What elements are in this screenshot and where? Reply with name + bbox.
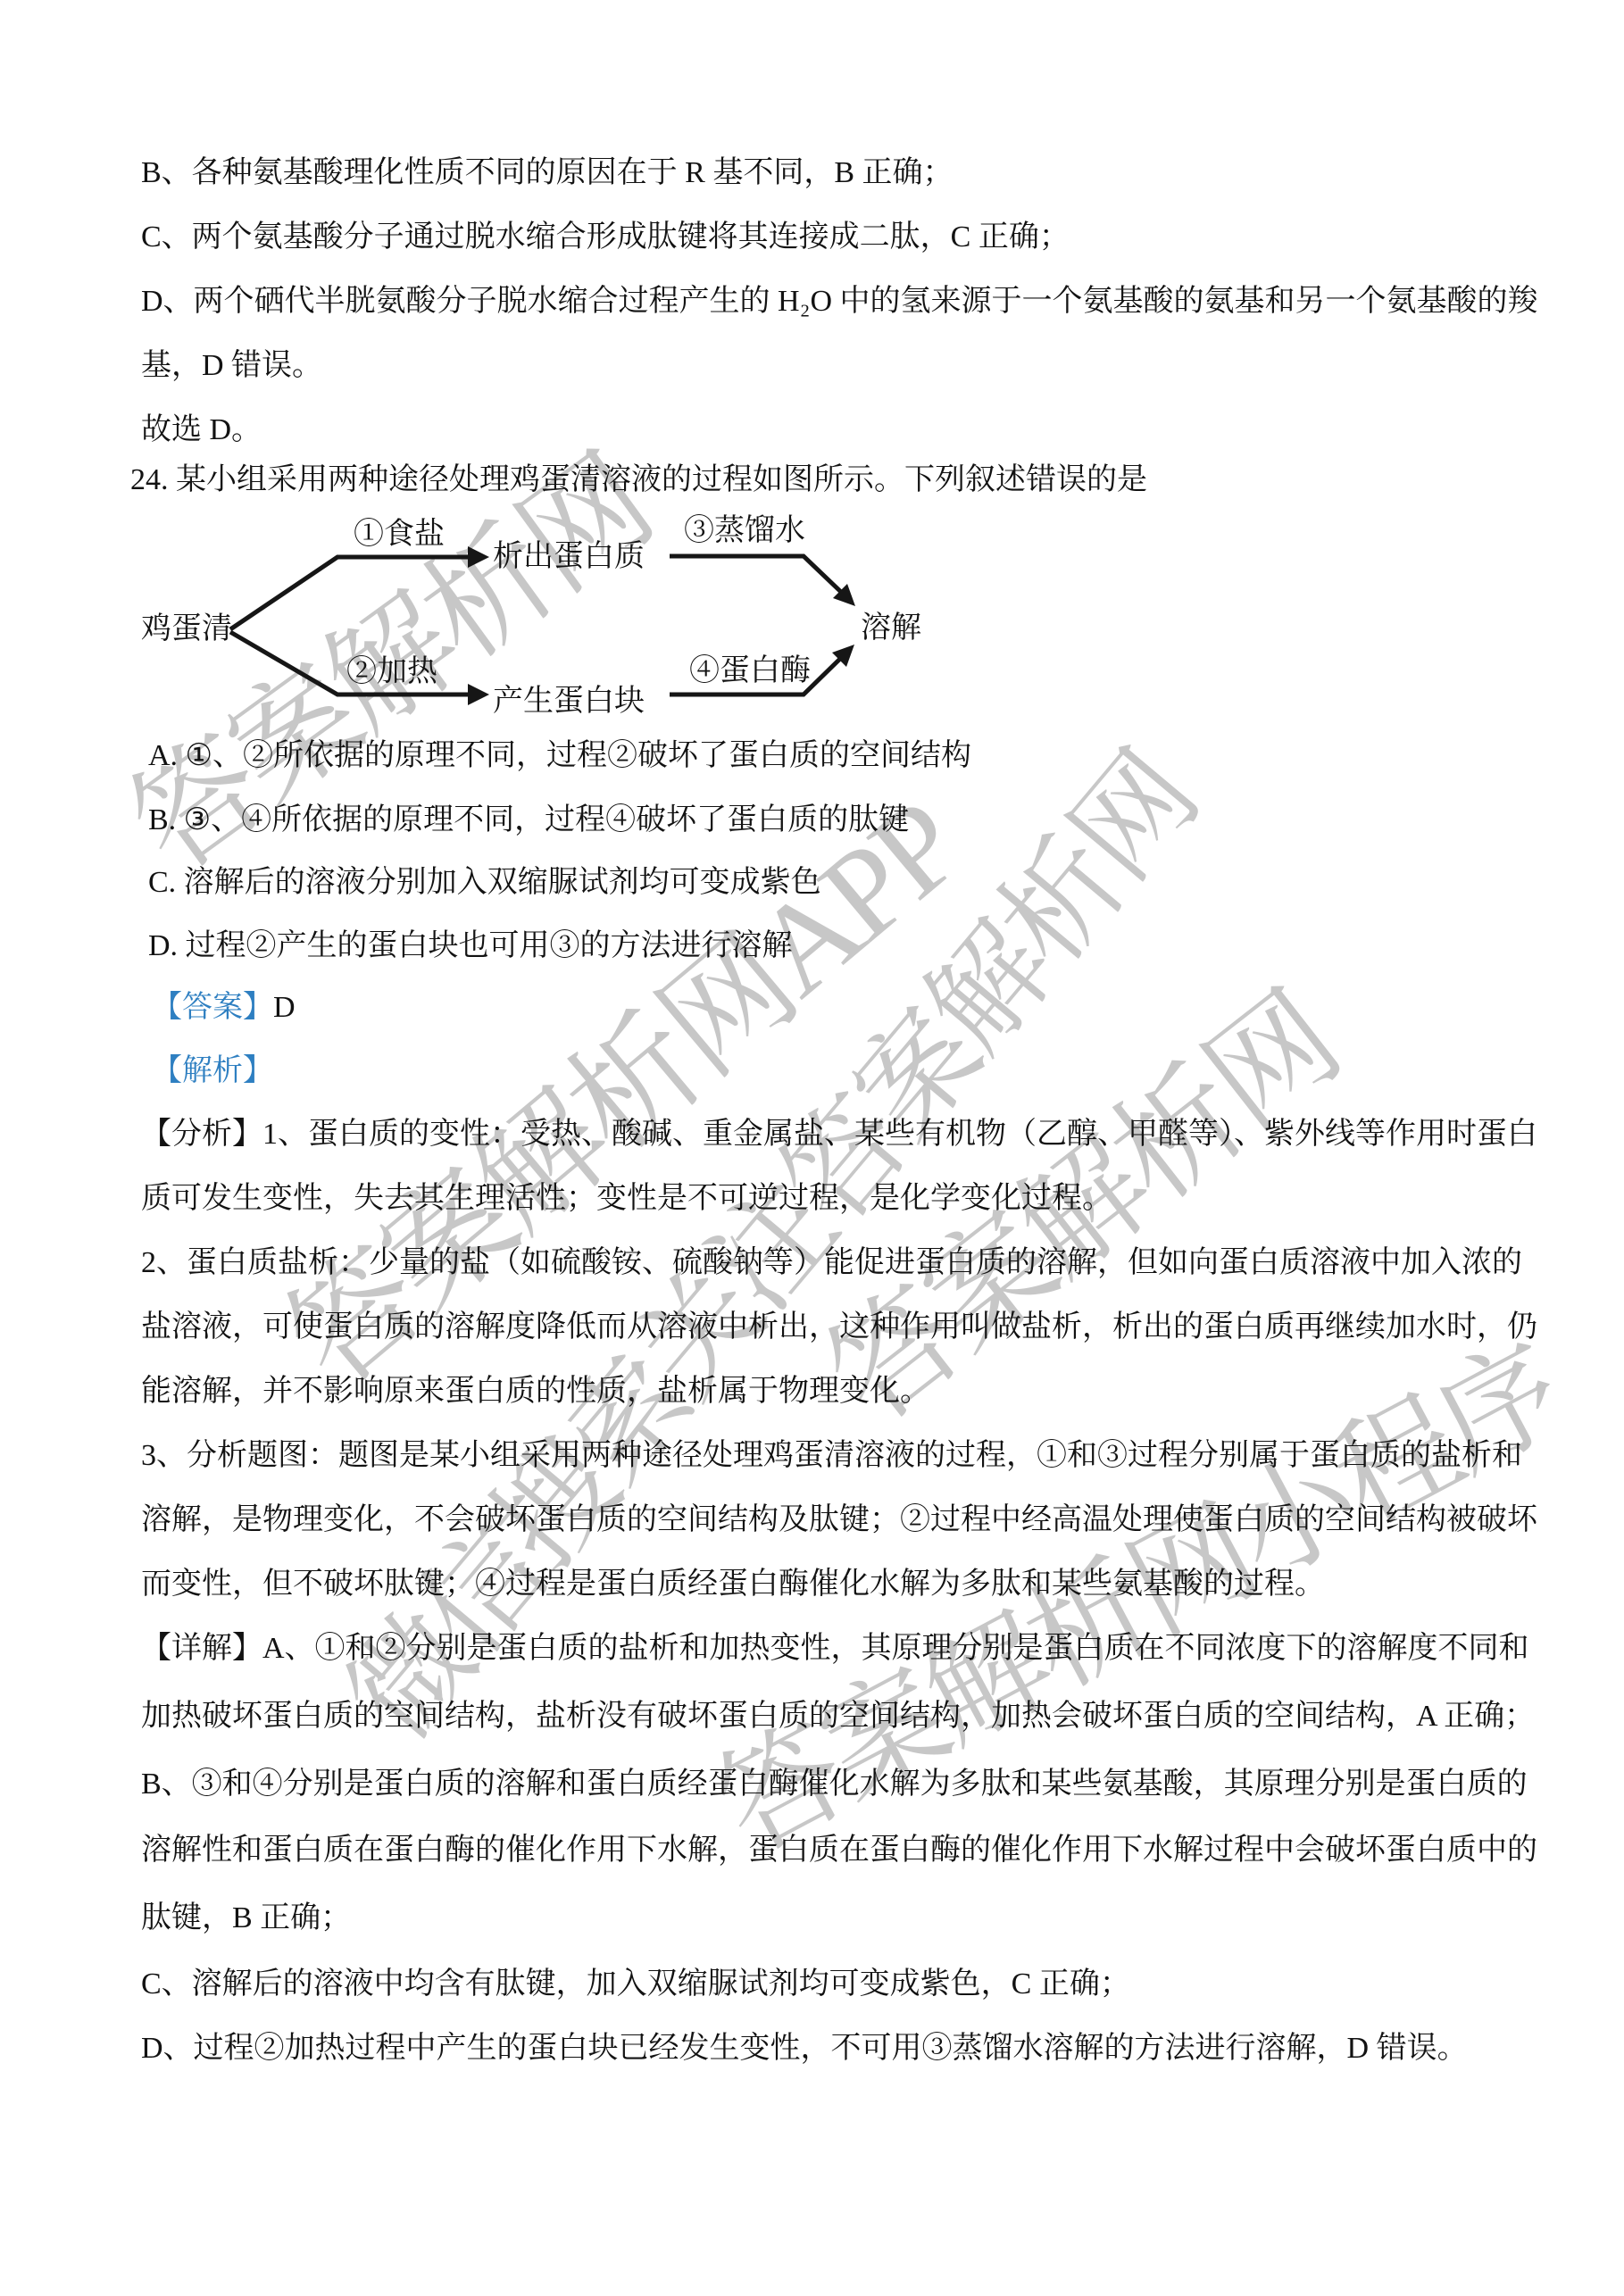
diagram-label-step1-salt: ①食盐 xyxy=(354,517,445,551)
diagram-arrow-to-dissolve-upper xyxy=(670,556,843,594)
text-line-option-c-explanation: C、两个氨基酸分子通过脱水缩合形成肽键将其连接成二肽，C 正确； xyxy=(141,217,1070,258)
diagram-node-protein-clot: 产生蛋白块 xyxy=(493,684,645,718)
detail-line: C、溶解后的溶液中均含有肽键，加入双缩脲试剂均可变成紫色，C 正确； xyxy=(141,1964,1130,2005)
answer-value: D xyxy=(273,991,296,1024)
detail-line: 【详解】A、①和②分别是蛋白质的盐析和加热变性，其原理分别是蛋白质在不同浓度下的… xyxy=(141,1628,1529,1669)
text-line-option-d-explanation-cont: 基，D 错误。 xyxy=(141,345,322,387)
diagram-node-precipitated-protein: 析出蛋白质 xyxy=(493,539,645,573)
answer-line: 【答案】D xyxy=(152,987,296,1028)
detail-line: 肽键，B 正确； xyxy=(141,1898,351,1939)
diagram-label-step2-heat: ②加热 xyxy=(346,654,438,688)
detail-line: B、③和④分别是蛋白质的溶解和蛋白质经蛋白酶催化水解为多肽和某些氨基酸，其原理分… xyxy=(141,1764,1528,1805)
text-line-final-choice: 故选 D。 xyxy=(141,410,262,451)
diagram-node-egg-white: 鸡蛋清 xyxy=(141,611,232,645)
text-line-option-b-explanation: B、各种氨基酸理化性质不同的原因在于 R 基不同，B 正确； xyxy=(141,153,954,194)
analysis-line: 3、分析题图：题图是某小组采用两种途径处理鸡蛋清溶液的过程，①和③过程分别属于蛋… xyxy=(141,1435,1522,1477)
analysis-line: 2、蛋白质盐析：少量的盐（如硫酸铵、硫酸钠等）能促进蛋白质的溶解，但如向蛋白质溶… xyxy=(141,1243,1522,1284)
text-line-option-d-explanation: D、两个硒代半胱氨酸分子脱水缩合过程产生的 H₂O 中的氢来源于一个氨基酸的氨基… xyxy=(141,281,1538,322)
option-b: B. ③、④所依据的原理不同，过程④破坏了蛋白质的肽键 xyxy=(148,800,909,841)
analysis-line: 而变性，但不破坏肽键；④过程是蛋白质经蛋白酶催化水解为多肽和某些氨基酸的过程。 xyxy=(141,1564,1325,1605)
diagram-arrow-branch-up xyxy=(230,557,471,629)
analysis-line: 能溶解，并不影响原来蛋白质的性质，盐析属于物理变化。 xyxy=(141,1371,930,1412)
answer-label: 【答案】 xyxy=(152,991,273,1024)
diagram-label-step3-distilled-water: ③蒸馏水 xyxy=(684,513,805,547)
flow-diagram: 鸡蛋清 ①食盐 ②加热 析出蛋白质 产生蛋白块 ③蒸馏水 ④蛋白酶 溶解 xyxy=(116,495,964,745)
analysis-line: 【分析】1、蛋白质的变性：受热、酸碱、重金属盐、某些有机物（乙醇、甲醛等）、紫外… xyxy=(141,1114,1537,1155)
explanation-label: 【解析】 xyxy=(152,1054,273,1087)
option-c: C. 溶解后的溶液分别加入双缩脲试剂均可变成紫色 xyxy=(148,862,821,903)
arrowhead-icon xyxy=(468,684,489,705)
detail-line: 加热破坏蛋白质的空间结构，盐析没有破坏蛋白质的空间结构，加热会破坏蛋白质的空间结… xyxy=(141,1696,1535,1737)
analysis-line: 溶解，是物理变化，不会破坏蛋白质的空间结构及肽键；②过程中经高温处理使蛋白质的空… xyxy=(141,1500,1537,1541)
analysis-line: 质可发生变性，失去其生理活性；变性是不可逆过程，是化学变化过程。 xyxy=(141,1178,1112,1219)
document-page: 答案解析网 答案解析网APP 答案解析网 微信搜索关注答案解析网 答案解析网小程… xyxy=(0,0,1624,2296)
analysis-line: 盐溶液，可使蛋白质的溶解度降低而从溶液中析出，这种作用叫做盐析，析出的蛋白质再继… xyxy=(141,1307,1537,1348)
detail-line: D、过程②加热过程中产生的蛋白块已经发生变性，不可用③蒸馏水溶解的方法进行溶解，… xyxy=(141,2028,1468,2069)
option-d: D. 过程②产生的蛋白块也可用③的方法进行溶解 xyxy=(148,926,793,967)
explanation-line: 【解析】 xyxy=(152,1051,273,1092)
option-a: A. ①、②所依据的原理不同，过程②破坏了蛋白质的空间结构 xyxy=(148,736,971,777)
diagram-node-dissolve: 溶解 xyxy=(861,611,921,645)
diagram-label-step4-protease: ④蛋白酶 xyxy=(689,653,811,687)
arrowhead-icon xyxy=(468,546,489,568)
detail-line: 溶解性和蛋白质在蛋白酶的催化作用下水解，蛋白质在蛋白酶的催化作用下水解过程中会破… xyxy=(141,1830,1537,1871)
